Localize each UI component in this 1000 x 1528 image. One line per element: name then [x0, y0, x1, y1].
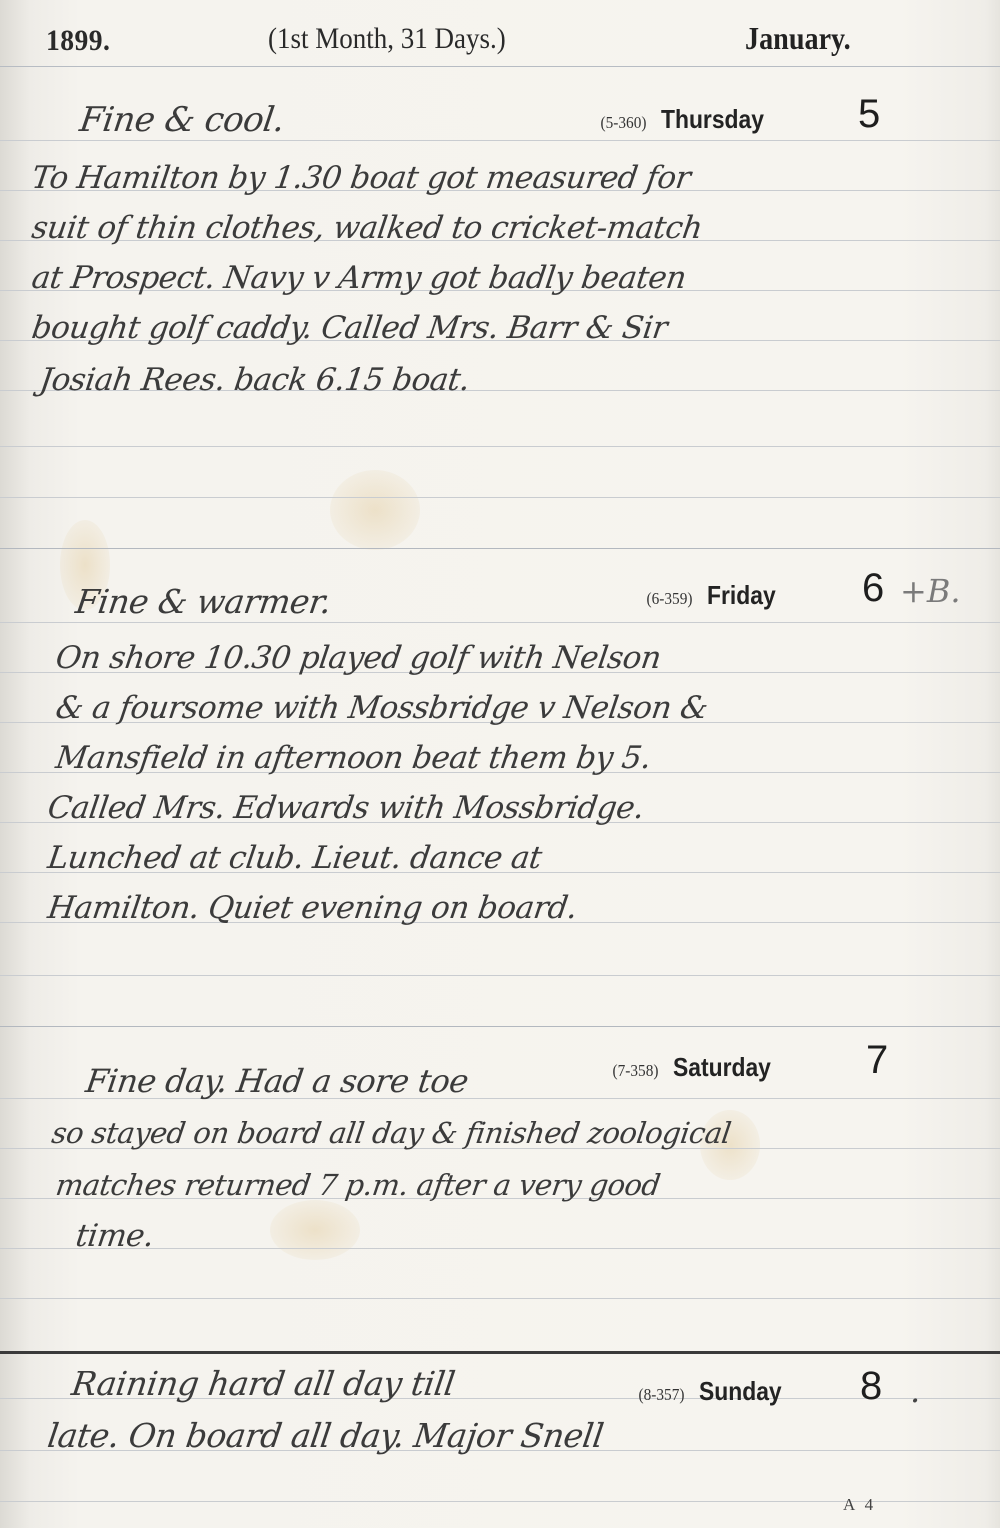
day-number: 6 — [862, 566, 884, 611]
day-number: 8 — [860, 1364, 882, 1409]
day-heading-saturday: (7-358) Saturday — [610, 1052, 785, 1092]
ruled-line — [0, 497, 1000, 498]
handwritten-line: time. — [73, 1218, 156, 1254]
diary-page: 1899. (1st Month, 31 Days.) January. (5-… — [0, 0, 1000, 1528]
day-heading-thursday: (5-360) Thursday — [598, 104, 778, 144]
day-code: (5-360) — [601, 113, 647, 133]
header-year: 1899. — [46, 24, 110, 58]
handwritten-line: Fine & cool. — [77, 100, 287, 140]
handwritten-line: Raining hard all day till — [69, 1364, 457, 1403]
handwritten-line: suit of thin clothes, walked to cricket-… — [29, 210, 704, 246]
ruled-line — [0, 1298, 1000, 1299]
ruled-line — [0, 975, 1000, 976]
header-month: January. — [745, 20, 851, 57]
day-heading-friday: (6-359) Friday — [644, 580, 785, 620]
week-separator — [0, 1351, 1000, 1354]
handwritten-line: & a foursome with Mossbridge v Nelson & — [53, 690, 710, 726]
handwritten-line: Mansfield in afternoon beat them by 5. — [53, 740, 653, 776]
day-heading-sunday: (8-357) Sunday — [636, 1376, 793, 1416]
day-code: (8-357) — [639, 1385, 685, 1405]
weekday: Saturday — [673, 1052, 771, 1083]
day-number: 5 — [858, 92, 880, 137]
paper-stain — [330, 470, 420, 550]
handwritten-line: On shore 10.30 played golf with Nelson — [53, 640, 663, 676]
handwritten-line: Lunched at club. Lieut. dance at — [45, 840, 543, 876]
paper-stain — [270, 1200, 360, 1260]
ruled-line — [0, 446, 1000, 447]
weekday: Sunday — [699, 1376, 782, 1407]
handwritten-line: so stayed on board all day & finished zo… — [50, 1116, 733, 1150]
handwritten-line: bought golf caddy. Called Mrs. Barr & Si… — [29, 310, 669, 346]
handwritten-line: matches returned 7 p.m. after a very goo… — [54, 1168, 663, 1202]
handwritten-line: late. On board all day. Major Snell — [45, 1416, 605, 1455]
day-code: (7-358) — [613, 1061, 659, 1081]
day-number: 7 — [866, 1038, 888, 1083]
handwritten-line: Fine day. Had a sore toe — [83, 1062, 470, 1100]
handwritten-line: To Hamilton by 1.30 boat got measured fo… — [29, 160, 692, 196]
page-header: 1899. (1st Month, 31 Days.) January. — [0, 18, 1000, 68]
page-signature-mark: A 4 — [843, 1495, 876, 1515]
day-separator — [0, 548, 1000, 549]
weekday: Friday — [707, 580, 776, 611]
header-subtitle: (1st Month, 31 Days.) — [268, 22, 506, 56]
weekday: Thursday — [661, 104, 764, 135]
ruled-line — [0, 140, 1000, 141]
margin-annotation: . — [910, 1372, 920, 1410]
handwritten-line: at Prospect. Navy v Army got badly beate… — [29, 260, 688, 296]
day-code: (6-359) — [647, 589, 693, 609]
handwritten-line: Hamilton. Quiet evening on board. — [45, 890, 579, 926]
handwritten-line: Called Mrs. Edwards with Mossbridge. — [45, 790, 646, 826]
handwritten-line: Fine & warmer. — [73, 582, 333, 621]
ruled-line — [0, 622, 1000, 623]
margin-annotation: +B. — [900, 572, 961, 610]
day-separator — [0, 1026, 1000, 1027]
ruled-line — [0, 66, 1000, 67]
handwritten-line: Josiah Rees. back 6.15 boat. — [37, 362, 471, 398]
